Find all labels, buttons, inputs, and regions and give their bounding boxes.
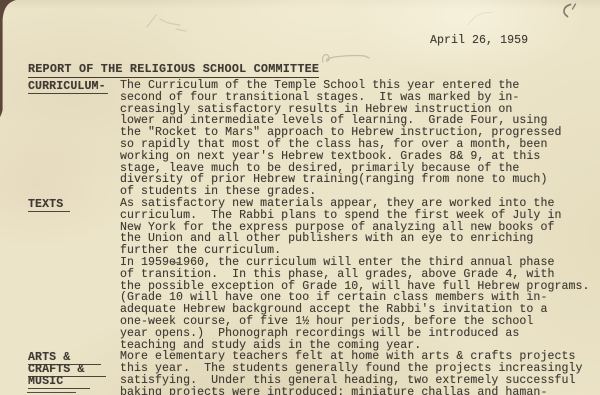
body-line: second of four transitional stages. It w…: [120, 92, 519, 104]
paper-edge-shadow: [0, 0, 16, 117]
body-line: year opens.) Phonograph recordings will …: [120, 328, 519, 340]
body-row: MUSIC satisfying. Under this general hea…: [28, 375, 594, 387]
faint-smudge-top-right: [468, 13, 492, 26]
faint-smudge-top-left: [147, 15, 186, 31]
body-line: satisfying. Under this general heading, …: [120, 375, 575, 387]
body-line: curriculum. The Rabbi plans to spend the…: [120, 210, 561, 222]
body-line: working on next year's Hebrew textbook. …: [120, 151, 540, 163]
corner-pencil-tick: [573, 4, 576, 9]
corner-pencil-mark: [564, 5, 571, 17]
date-line: April 26, 1959: [430, 34, 528, 47]
body-line: one-week course, of five 1½ hour periods…: [120, 316, 533, 328]
report-body: CURRICULUM- The Curriculum of the Temple…: [28, 80, 594, 395]
body-line: baking projects were introduced: miniatu…: [120, 387, 547, 395]
faint-pencil-scribble-mid: [323, 55, 369, 62]
body-row: TEXTS As satisfactory new materials appe…: [28, 198, 594, 210]
scanned-document-page: April 26, 1959 REPORT OF THE RELIGIOUS S…: [0, 0, 600, 395]
body-line: In 1959e̶1960, the curriculum will enter…: [120, 257, 554, 269]
body-line: of transition. In this phase, all grades…: [120, 269, 554, 281]
report-title: REPORT OF THE RELIGIOUS SCHOOL COMMITTEE: [28, 62, 319, 78]
body-line: As satisfactory new materials appear, th…: [120, 198, 554, 210]
label-underline-mark: [27, 392, 76, 393]
body-line: so rapidly that most of the class has, f…: [120, 139, 547, 151]
